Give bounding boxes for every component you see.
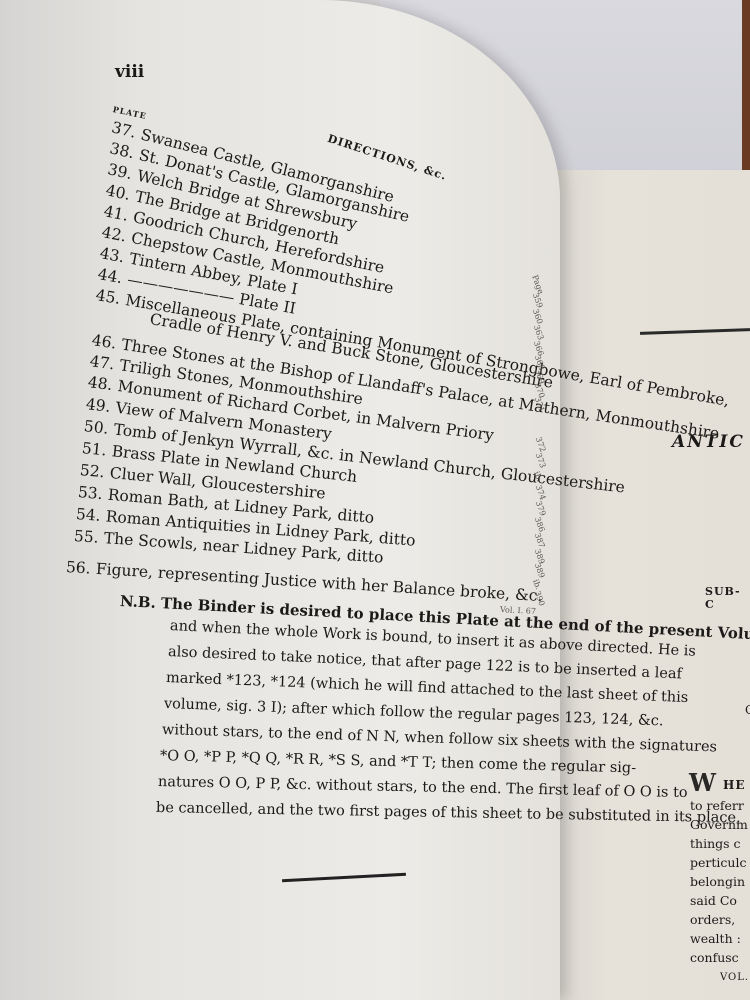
right-body-line: perticulc — [690, 855, 746, 870]
drop-cap: W — [689, 768, 716, 797]
drop-cap-rest: HE — [723, 778, 745, 792]
page-number: viii — [115, 62, 144, 82]
right-page-footer: VOL. — [720, 972, 749, 983]
right-body-line: said Co — [690, 893, 737, 908]
right-body-line: things c — [690, 836, 741, 851]
wooden-edge — [742, 0, 750, 180]
right-body-line: belongin — [690, 874, 745, 889]
right-page-c-fragment: C — [745, 703, 750, 717]
right-page-subtitle: SUB-C — [705, 585, 750, 611]
right-body-line: orders, — [690, 912, 735, 927]
right-body-line: wealth : — [690, 931, 741, 946]
right-body-line: confusc — [690, 950, 739, 965]
